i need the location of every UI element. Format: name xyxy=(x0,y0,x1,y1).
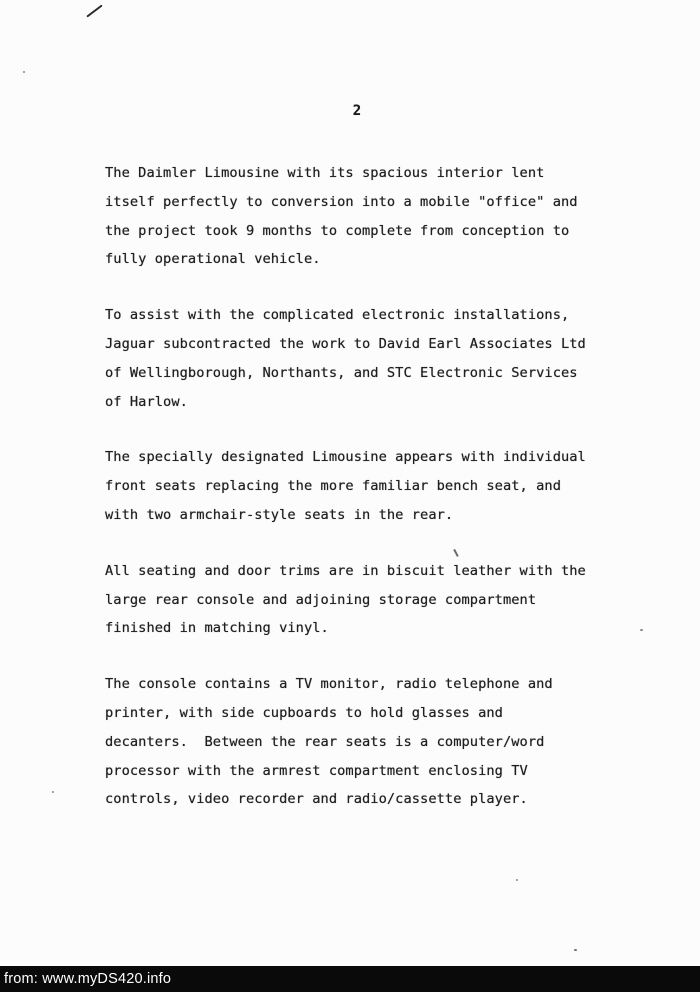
text-line: of Wellingborough, Northants, and STC El… xyxy=(105,359,665,388)
text-line: All seating and door trims are in biscui… xyxy=(105,557,665,586)
paragraph: To assist with the complicated electroni… xyxy=(105,301,665,416)
text-line: Jaguar subcontracted the work to David E… xyxy=(105,330,665,359)
watermark-bar: from: www.myDS420.info xyxy=(0,966,700,992)
text-line: The specially designated Limousine appea… xyxy=(105,443,665,472)
scan-speck xyxy=(574,949,577,951)
text-line: controls, video recorder and radio/casse… xyxy=(105,785,665,814)
text-line: printer, with side cupboards to hold gla… xyxy=(105,699,665,728)
source-watermark: from: www.myDS420.info xyxy=(0,971,171,987)
scan-speck xyxy=(23,71,25,73)
text-line: large rear console and adjoining storage… xyxy=(105,586,665,615)
text-line: finished in matching vinyl. xyxy=(105,614,665,643)
paragraph: The Daimler Limousine with its spacious … xyxy=(105,159,665,274)
text-line: itself perfectly to conversion into a mo… xyxy=(105,188,665,217)
document-body: The Daimler Limousine with its spacious … xyxy=(105,159,665,841)
text-line: decanters. Between the rear seats is a c… xyxy=(105,728,665,757)
scan-speck xyxy=(516,879,518,881)
text-line: To assist with the complicated electroni… xyxy=(105,301,665,330)
paragraph: The console contains a TV monitor, radio… xyxy=(105,670,665,814)
scan-speck xyxy=(52,791,54,793)
paragraph: The specially designated Limousine appea… xyxy=(105,443,665,529)
text-line: with two armchair-style seats in the rea… xyxy=(105,501,665,530)
text-line: The Daimler Limousine with its spacious … xyxy=(105,159,665,188)
paragraph: All seating and door trims are in biscui… xyxy=(105,557,665,643)
text-line: The console contains a TV monitor, radio… xyxy=(105,670,665,699)
scanned-document-page: 2 The Daimler Limousine with its spaciou… xyxy=(0,0,700,992)
page-number: 2 xyxy=(0,103,700,119)
scan-speck xyxy=(640,629,643,631)
text-line: the project took 9 months to complete fr… xyxy=(105,217,665,246)
text-line: processor with the armrest compartment e… xyxy=(105,757,665,786)
text-line: of Harlow. xyxy=(105,388,665,417)
pen-tick-mark xyxy=(86,4,102,17)
text-line: fully operational vehicle. xyxy=(105,245,665,274)
text-line: front seats replacing the more familiar … xyxy=(105,472,665,501)
